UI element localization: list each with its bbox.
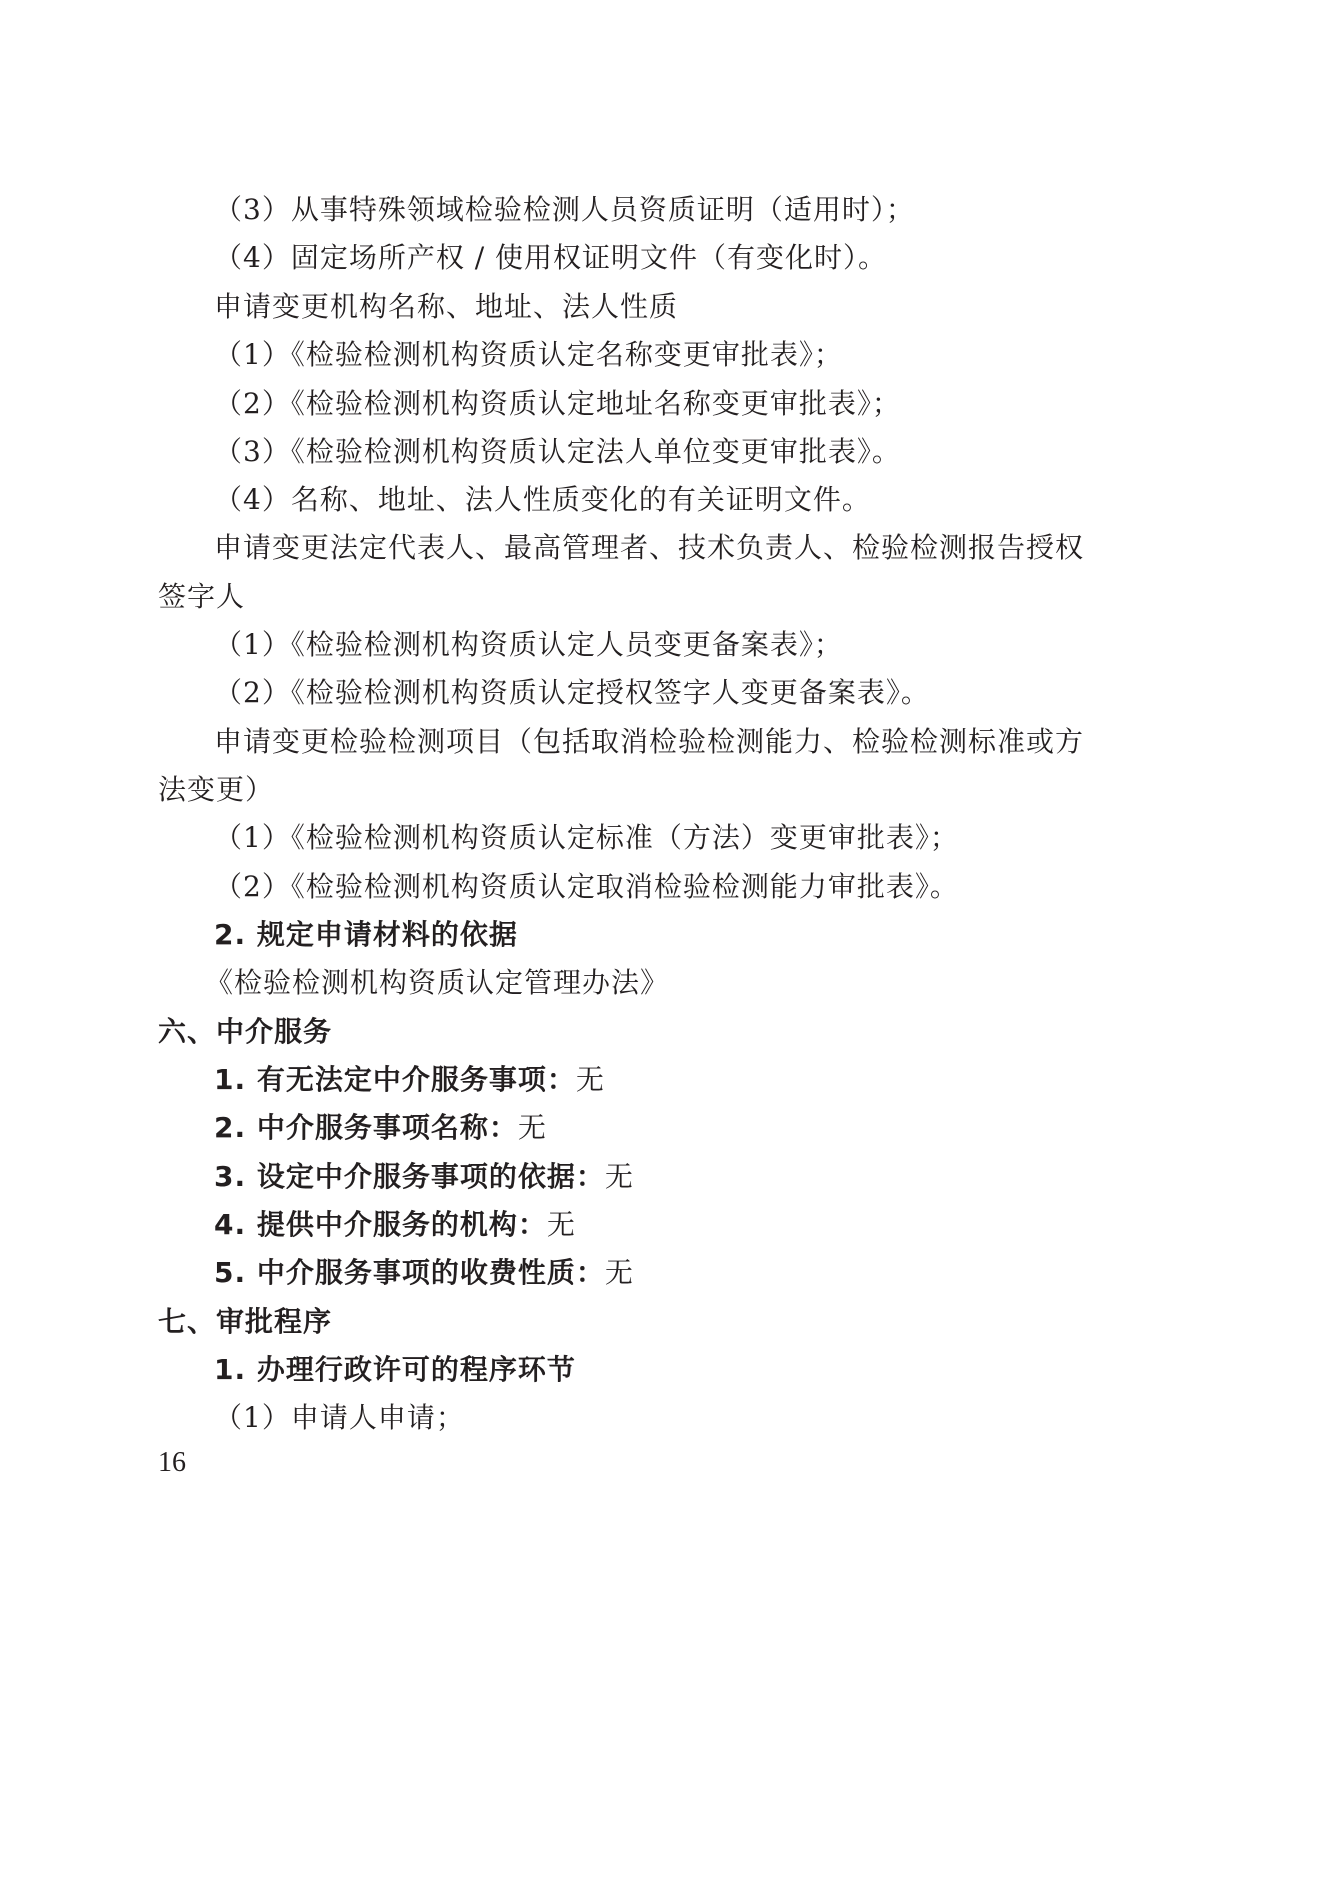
item-value: 无 [605,1160,634,1193]
item-value: 无 [547,1208,576,1241]
item-label: 5. 中介服务事项的收费性质： [214,1256,605,1289]
numbered-heading: 1. 办理行政许可的程序环节 [214,1350,1214,1390]
section-title-seven: 七、审批程序 [158,1302,1158,1342]
item-label: 2. 中介服务事项名称： [214,1111,518,1144]
list-item: （2）《检验检测机构资质认定授权签字人变更备案表》。 [214,673,1214,713]
item-value: 无 [605,1256,634,1289]
intermediary-item: 3. 设定中介服务事项的依据：无 [214,1157,1214,1197]
item-value: 无 [518,1111,547,1144]
intermediary-item: 1. 有无法定中介服务事项：无 [214,1060,1214,1100]
subheading: 申请变更检验检测项目（包括取消检验检测能力、检验检测标准或方 [214,722,1214,762]
intermediary-item: 5. 中介服务事项的收费性质：无 [214,1253,1214,1293]
list-item: （1）《检验检测机构资质认定标准（方法）变更审批表》； [214,818,1214,858]
subheading: 申请变更法定代表人、最高管理者、技术负责人、检验检测报告授权 [214,528,1214,568]
document-page: （3）从事特殊领域检验检测人员资质证明（适用时）； （4）固定场所产权 / 使用… [0,0,1339,1890]
subheading: 申请变更机构名称、地址、法人性质 [214,287,1214,327]
procedure-step: （1）申请人申请； [214,1398,1214,1438]
item-label: 3. 设定中介服务事项的依据： [214,1160,605,1193]
list-item: （2）《检验检测机构资质认定取消检验检测能力审批表》。 [214,867,1214,907]
subheading-continued: 签字人 [158,577,1158,617]
list-item: （2）《检验检测机构资质认定地址名称变更审批表》； [214,384,1214,424]
list-item: （4）名称、地址、法人性质变化的有关证明文件。 [214,480,1214,520]
intermediary-item: 2. 中介服务事项名称：无 [214,1108,1214,1148]
list-item: （3）从事特殊领域检验检测人员资质证明（适用时）； [214,190,1214,230]
item-label: 1. 有无法定中介服务事项： [214,1063,576,1096]
item-label: 4. 提供中介服务的机构： [214,1208,547,1241]
item-value: 无 [576,1063,605,1096]
list-item: （1）《检验检测机构资质认定名称变更审批表》； [214,335,1214,375]
intermediary-item: 4. 提供中介服务的机构：无 [214,1205,1214,1245]
list-item: （3）《检验检测机构资质认定法人单位变更审批表》。 [214,432,1214,472]
page-number: 16 [158,1445,186,1481]
numbered-heading: 2. 规定申请材料的依据 [214,915,1214,955]
list-item: （1）《检验检测机构资质认定人员变更备案表》； [214,625,1214,665]
list-item: （4）固定场所产权 / 使用权证明文件（有变化时）。 [214,238,1214,278]
regulation-reference: 《检验检测机构资质认定管理办法》 [205,963,1205,1003]
section-title-six: 六、中介服务 [158,1012,1158,1052]
subheading-continued: 法变更） [158,770,1158,810]
